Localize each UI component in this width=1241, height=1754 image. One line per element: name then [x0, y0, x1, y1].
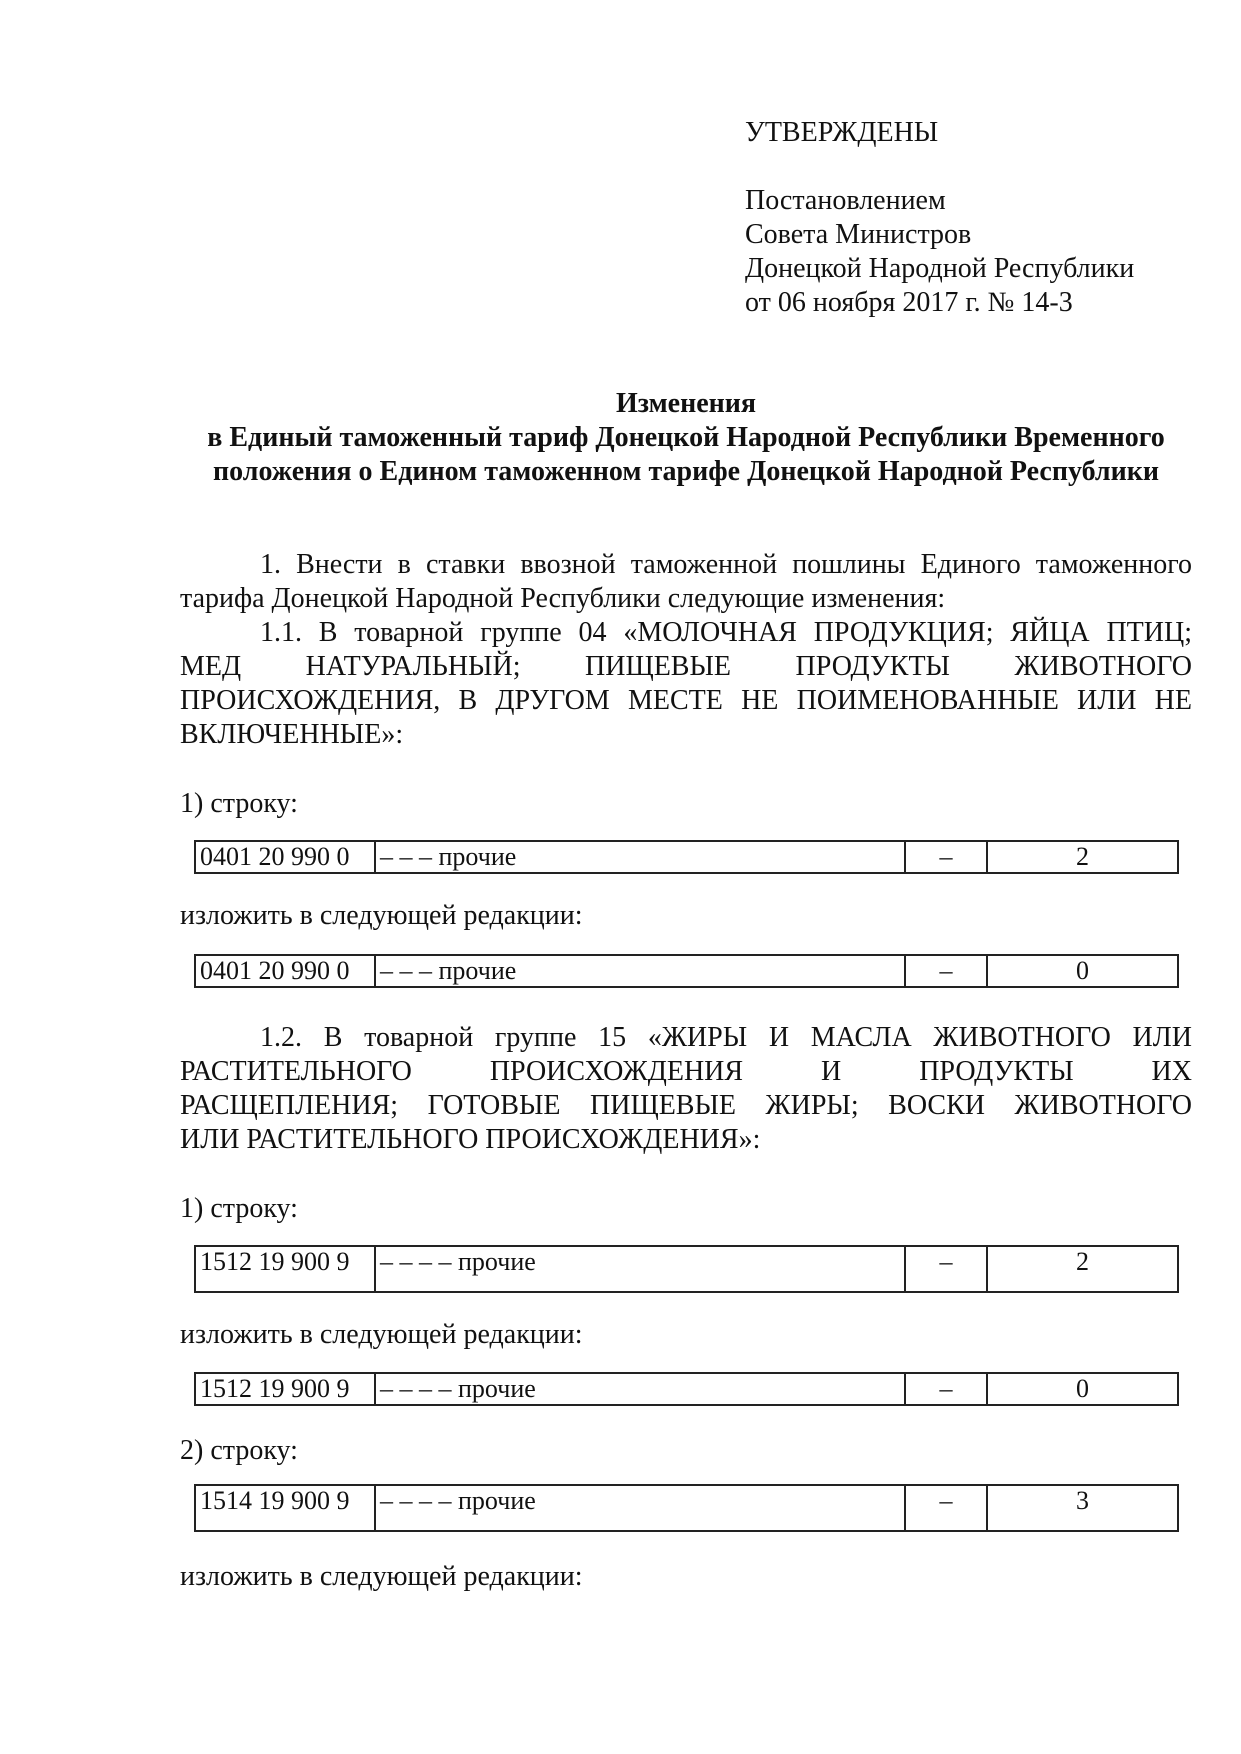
duty-rate: 2	[987, 1246, 1178, 1292]
unit: –	[905, 1373, 987, 1405]
commodity-description: – – – – прочие	[375, 1373, 905, 1405]
paragraph-line: МЕД НАТУРАЛЬНЫЙ; ПИЩЕВЫЕ ПРОДУКТЫ ЖИВОТН…	[180, 650, 1192, 684]
document-title: Изменения в Единый таможенный тариф Доне…	[180, 387, 1192, 489]
title-line: положения о Едином таможенном тарифе Дон…	[180, 455, 1192, 489]
paragraph-line: 1. Внести в ставки ввозной таможенной по…	[180, 548, 1192, 582]
paragraph-line: 1.2. В товарной группе 15 «ЖИРЫ И МАСЛА …	[180, 1021, 1192, 1055]
commodity-description: – – – прочие	[375, 955, 905, 987]
approval-heading: УТВЕРЖДЕНЫ	[745, 116, 1134, 150]
replace-label: изложить в следующей редакции:	[180, 1318, 583, 1352]
commodity-description: – – – – прочие	[375, 1485, 905, 1531]
item-label: 1) строку:	[180, 1192, 298, 1226]
commodity-code: 0401 20 990 0	[195, 841, 375, 873]
item-label: 2) строку:	[180, 1434, 298, 1468]
unit: –	[905, 955, 987, 987]
paragraph-line: 1.1. В товарной группе 04 «МОЛОЧНАЯ ПРОД…	[180, 616, 1192, 650]
title-line: в Единый таможенный тариф Донецкой Народ…	[180, 421, 1192, 455]
section-1-2-paragraph: 1.2. В товарной группе 15 «ЖИРЫ И МАСЛА …	[180, 1021, 1192, 1157]
approval-block: УТВЕРЖДЕНЫ Постановлением Совета Министр…	[745, 116, 1134, 320]
tariff-row-old-0401: 0401 20 990 0 – – – прочие – 2	[194, 840, 1179, 874]
unit: –	[905, 1485, 987, 1531]
replace-label: изложить в следующей редакции:	[180, 899, 583, 933]
tariff-row-old-1514: 1514 19 900 9 – – – – прочие – 3	[194, 1484, 1179, 1532]
replace-label: изложить в следующей редакции:	[180, 1560, 583, 1594]
tariff-row-new-0401: 0401 20 990 0 – – – прочие – 0	[194, 954, 1179, 988]
duty-rate: 3	[987, 1485, 1178, 1531]
duty-rate: 2	[987, 841, 1178, 873]
item-label: 1) строку:	[180, 787, 298, 821]
commodity-code: 1514 19 900 9	[195, 1485, 375, 1531]
commodity-code: 1512 19 900 9	[195, 1246, 375, 1292]
approval-line: Постановлением	[745, 184, 1134, 218]
unit: –	[905, 1246, 987, 1292]
approval-line: от 06 ноября 2017 г. № 14-3	[745, 286, 1134, 320]
duty-rate: 0	[987, 1373, 1178, 1405]
commodity-code: 1512 19 900 9	[195, 1373, 375, 1405]
section-1-paragraph: 1. Внести в ставки ввозной таможенной по…	[180, 548, 1192, 752]
paragraph-line: РАСТИТЕЛЬНОГО ПРОИСХОЖДЕНИЯ И ПРОДУКТЫ И…	[180, 1055, 1192, 1089]
commodity-description: – – – – прочие	[375, 1246, 905, 1292]
paragraph-line: тарифа Донецкой Народной Республики след…	[180, 582, 1192, 616]
commodity-code: 0401 20 990 0	[195, 955, 375, 987]
tariff-row-old-1512: 1512 19 900 9 – – – – прочие – 2	[194, 1245, 1179, 1293]
duty-rate: 0	[987, 955, 1178, 987]
commodity-description: – – – прочие	[375, 841, 905, 873]
paragraph-line: РАСЩЕПЛЕНИЯ; ГОТОВЫЕ ПИЩЕВЫЕ ЖИРЫ; ВОСКИ…	[180, 1089, 1192, 1123]
tariff-row-new-1512: 1512 19 900 9 – – – – прочие – 0	[194, 1372, 1179, 1406]
unit: –	[905, 841, 987, 873]
approval-line: Донецкой Народной Республики	[745, 252, 1134, 286]
paragraph-line: ПРОИСХОЖДЕНИЯ, В ДРУГОМ МЕСТЕ НЕ ПОИМЕНО…	[180, 684, 1192, 718]
paragraph-line: ИЛИ РАСТИТЕЛЬНОГО ПРОИСХОЖДЕНИЯ»:	[180, 1123, 1192, 1157]
paragraph-line: ВКЛЮЧЕННЫЕ»:	[180, 718, 1192, 752]
title-line: Изменения	[180, 387, 1192, 421]
approval-line: Совета Министров	[745, 218, 1134, 252]
